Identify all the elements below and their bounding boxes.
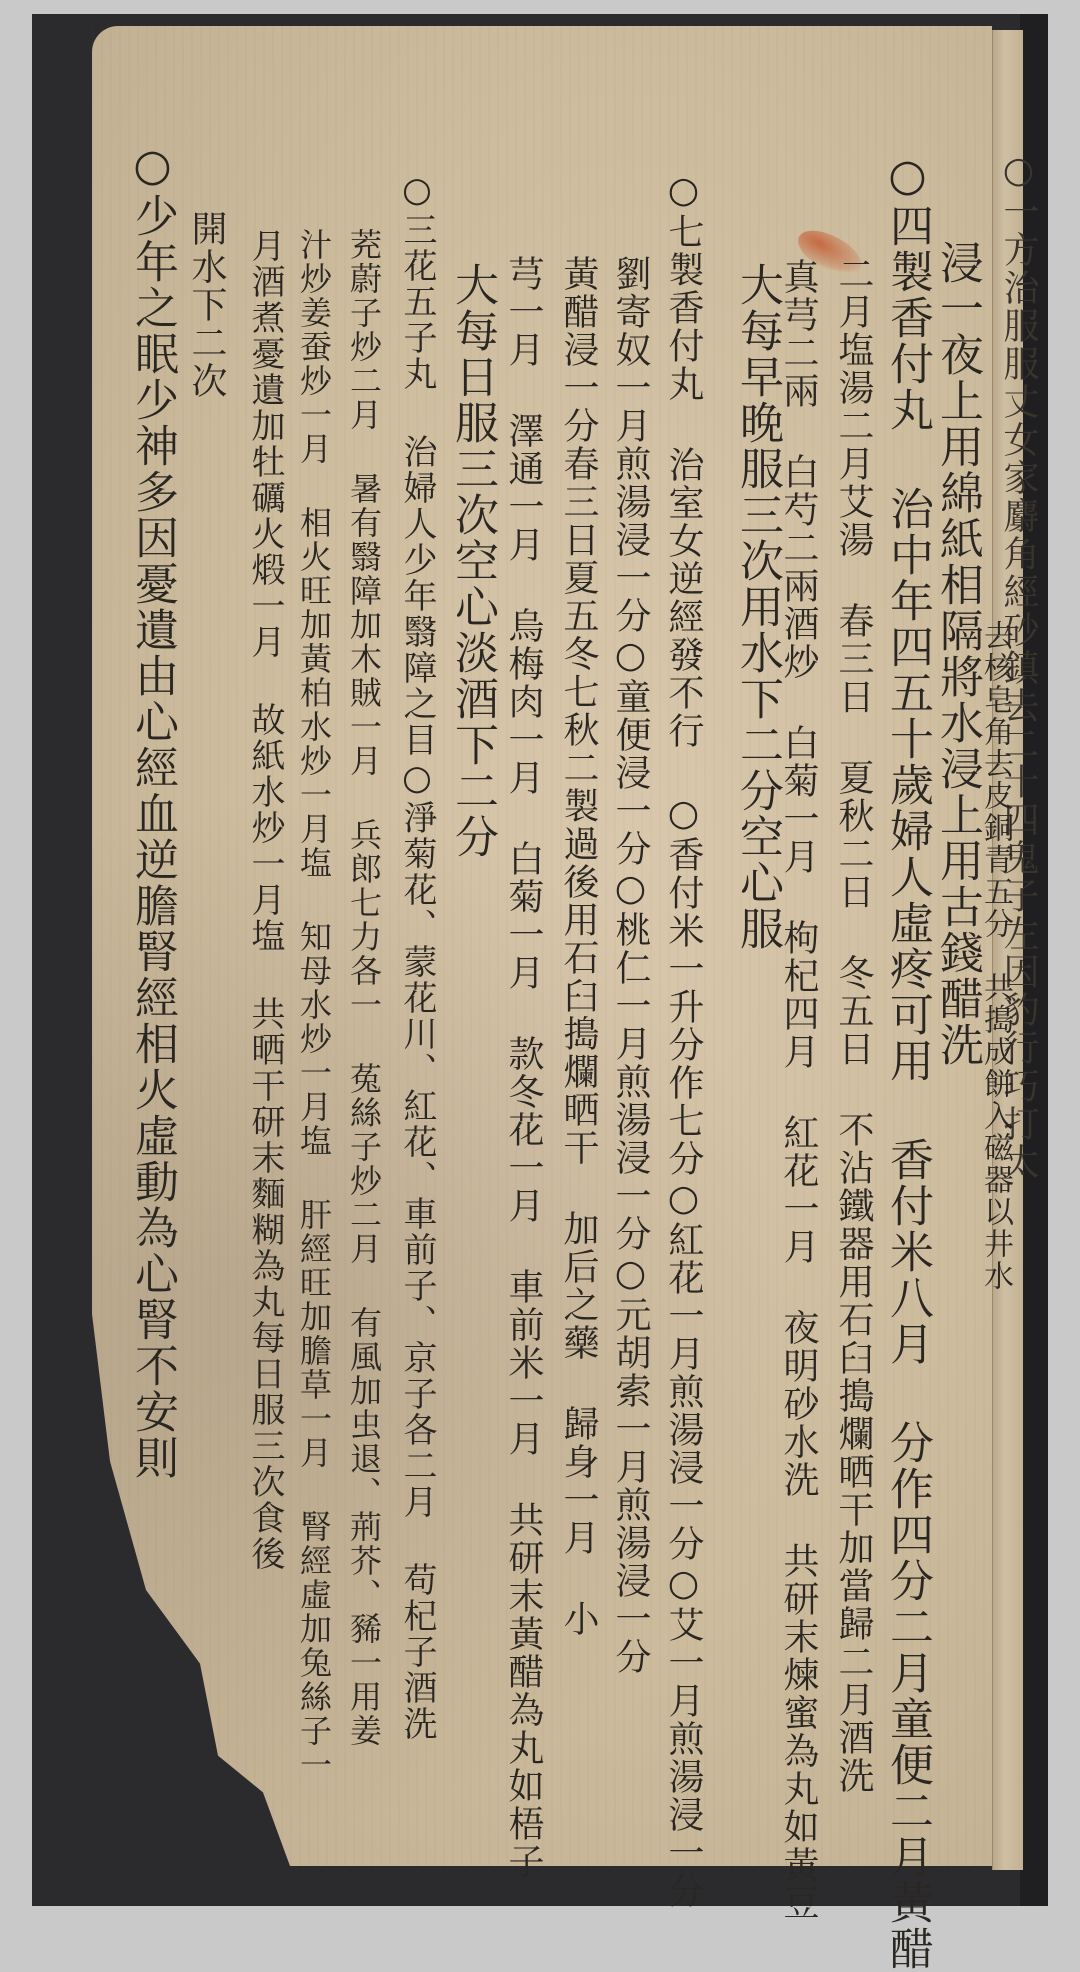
text-column-15: 汁炒姜蚕炒一月 相火旺加黃柏水炒一月塩 知母水炒一月塩 肝經旺加膽草一月 腎經虛… [298, 228, 330, 1782]
text-column-3: 去核皂角去皮銅青五分 共搗成餅入磁器以井水 [980, 620, 1010, 1292]
text-column-9: 劉寄奴一月煎湯浸一分○童便浸一分○桃仁一月煎湯浸一分○元胡索一月煎湯浸一分 [612, 255, 648, 1676]
text-column-2: 浸一夜上用綿紙相隔將水浸上用古錢醋洗 [935, 240, 979, 1068]
text-column-11: 芎一月 澤通一月 烏梅肉一月 白菊一月 款冬花一月 車前米一月 共研末黃醋為丸如… [505, 255, 541, 1881]
text-column-14: 茺蔚子炒二月 暑有翳障加木賊一月 兵郎七力各一 菟絲子炒二月 有風加虫退、荊芥、… [348, 228, 380, 1748]
text-column-16: 月酒煮憂遺加牡礪火煅一月 故紙水炒一月塩 共晒干研末麵糊為丸每日服三次食後 [248, 228, 282, 1572]
text-column-4: ○四製香付丸 治中年四五十歲婦人虛疼可用 香付米八月 分作四分二月童便二月黃醋 [885, 150, 929, 1920]
text-column-17: 開水下二次 [188, 210, 224, 400]
text-column-13: ○三花五子丸 治婦人少年翳障之目○淨菊花、蒙花川、紅花、車前子、京子各二月 苟杞… [400, 170, 434, 1742]
text-column-6: 真芎二兩 白芍二兩酒炒 白菊一月 枸杞四月 紅花一月 夜明砂水洗 共研末煉蜜為丸… [780, 258, 816, 1920]
text-column-7: 大每早晚服三次用水下二分空心服 [735, 262, 779, 952]
text-column-18: ○少年之眠少神多因憂遺由心經血逆膽腎經相火虛動為心腎不安則 [130, 140, 174, 1481]
text-column-8: ○七製香付丸 治室女逆經發不行 ○香付米一升分作七分○紅花一月煎湯浸一分○艾一月… [665, 170, 701, 1910]
text-column-5: 二月塩湯二月艾湯 春三日 夏秋二日 冬五日 不沾鐵器用石臼搗爛晒干加當歸二月酒洗 [835, 255, 871, 1795]
text-column-12: 大每日服三次空心淡酒下二分 [450, 262, 494, 860]
text-column-10: 黃醋浸一分春三日夏五冬七秋二製過後用石臼搗爛晒干 加后之藥 歸身一月 小 [560, 255, 596, 1638]
